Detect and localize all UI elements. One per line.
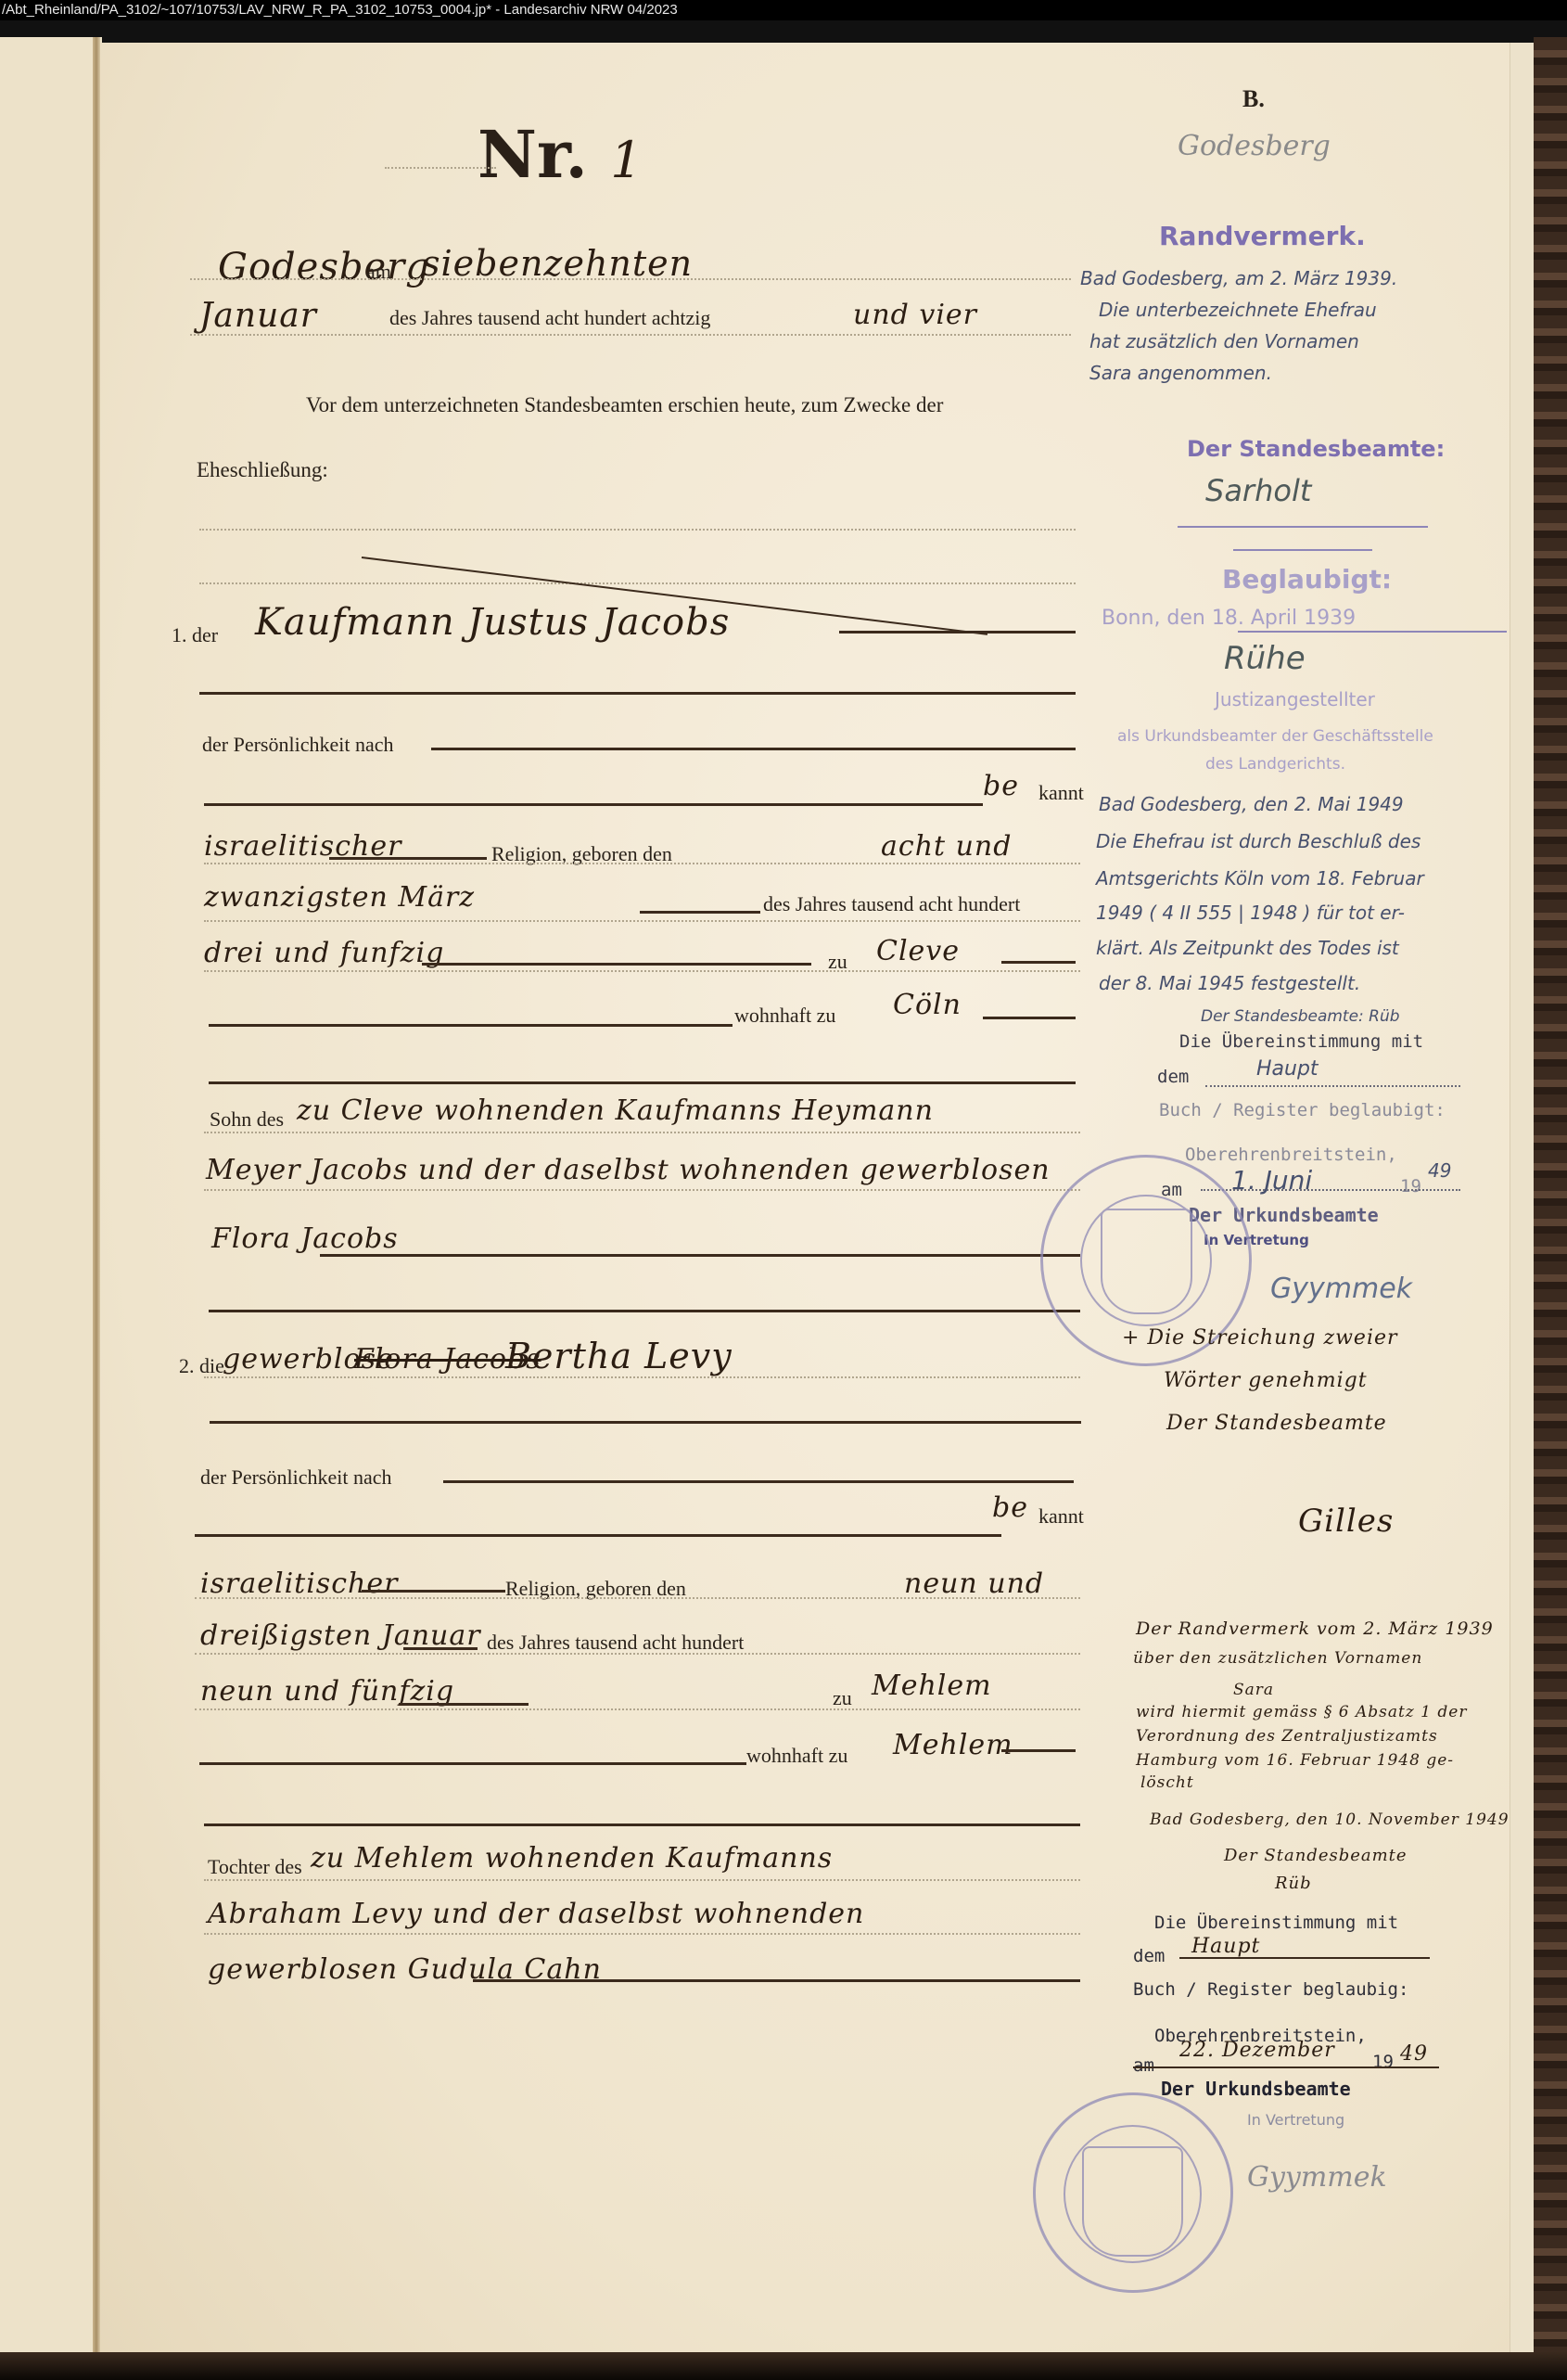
bride-resident-label: wohnhaft zu <box>746 1744 847 1768</box>
conformity-2-dem-label: dem <box>1133 1946 1165 1966</box>
fill-rule <box>199 1762 746 1765</box>
note-1949-may-line-6: der 8. Mai 1945 festgestellt. <box>1099 972 1360 994</box>
dotted-line <box>190 334 1071 336</box>
official-seal <box>1033 2092 1233 2293</box>
note-1949-nov-line-2: über den zusätzlichen Vornamen <box>1133 1649 1422 1668</box>
conformity-1-signature: Gyymmek <box>1270 1273 1412 1305</box>
correction-signature: Gilles <box>1298 1503 1394 1540</box>
groom-identity-label: der Persönlichkeit nach <box>202 733 394 757</box>
bride-born-at: Mehlem <box>872 1670 992 1702</box>
conformity-1-dem-value: Haupt <box>1256 1057 1319 1081</box>
bride-identity-label: der Persönlichkeit nach <box>200 1465 392 1490</box>
bride-parents-label: Tochter des <box>208 1855 302 1879</box>
fill-rule <box>209 1024 733 1027</box>
groom-birth-year: drei und funfzig <box>204 937 444 969</box>
fill-rule <box>839 631 1076 633</box>
bride-parents-1: zu Mehlem wohnenden Kaufmanns <box>311 1842 833 1875</box>
note-1949-nov-line-10: Rüb <box>1275 1874 1312 1893</box>
note-1939-line-3: hat zusätzlich den Vornamen <box>1089 330 1359 352</box>
note-1949-nov-line-1: Der Randvermerk vom 2. März 1939 <box>1136 1619 1494 1639</box>
groom-parents-2: Meyer Jacobs und der daselbst wohnenden … <box>206 1154 1051 1186</box>
dotted-line <box>204 1189 1080 1191</box>
certified-signature: Rühe <box>1224 640 1306 677</box>
fill-rule <box>1179 1957 1430 1959</box>
dotted-line <box>199 582 1076 584</box>
conformity-2-title: Der Urkundsbeamte <box>1161 2078 1351 2100</box>
fill-rule <box>199 692 1076 695</box>
dotted-line <box>195 1597 1080 1599</box>
note-1949-may-line-4: 1949 ( 4 II 555 | 1948 ) für tot er- <box>1096 902 1405 924</box>
dotted-line <box>204 863 1080 864</box>
bride-known-label: kannt <box>1038 1504 1084 1529</box>
registrar-signature: Sarholt <box>1205 473 1311 508</box>
conformity-1-date: 1. Juni <box>1231 1165 1312 1196</box>
page-stack-edge <box>1510 43 1535 2352</box>
note-1949-may-line-2: Die Ehefrau ist durch Beschluß des <box>1096 830 1420 852</box>
conformity-1-year-suffix: 49 <box>1428 1159 1451 1182</box>
groom-year-label: des Jahres tausend acht hundert <box>763 892 1020 916</box>
fill-rule <box>209 1081 1076 1084</box>
dotted-line <box>204 970 1080 972</box>
intro-month: Januar <box>199 297 317 335</box>
note-1949-nov-line-6: Hamburg vom 16. Februar 1948 ge- <box>1136 1751 1454 1770</box>
groom-resident: Cöln <box>893 989 962 1021</box>
conformity-2-year-prefix: 19 <box>1372 2052 1394 2072</box>
correction-note-line-2: Wörter genehmigt <box>1164 1369 1368 1392</box>
conformity-2-am-label: am <box>1133 2055 1154 2076</box>
bride-name: Bertha Levy <box>505 1336 733 1376</box>
dotted-line <box>199 529 1076 531</box>
dotted-line <box>1205 1085 1460 1087</box>
note-1949-may-line-1: Bad Godesberg, den 2. Mai 1949 <box>1099 793 1404 815</box>
dotted-line <box>190 278 1071 280</box>
dotted-line <box>204 920 1080 922</box>
randvermerk-stamp: Randvermerk. <box>1159 221 1366 251</box>
correction-note-line-3: Der Standesbeamte <box>1166 1412 1387 1435</box>
record-number: 1 <box>610 131 643 189</box>
fill-rule <box>362 1590 505 1593</box>
book-gutter <box>93 37 100 2356</box>
fill-rule <box>1001 961 1076 964</box>
groom-parents-3: Flora Jacobs <box>211 1222 399 1255</box>
note-1939-line-2: Die unterbezeichnete Ehefrau <box>1099 299 1377 321</box>
fill-rule <box>320 1254 1080 1257</box>
note-1939-line-4: Sara angenommen. <box>1089 362 1272 384</box>
bride-parents-2: Abraham Levy und der daselbst wohnenden <box>208 1898 864 1930</box>
note-1949-nov-line-4: wird hiermit gemäss § 6 Absatz 1 der <box>1136 1703 1467 1721</box>
dotted-line <box>195 1708 1080 1710</box>
fill-rule <box>195 1534 1001 1537</box>
preamble-text-2: Eheschließung: <box>197 458 328 482</box>
register-page <box>100 43 1528 2352</box>
groom-parents-1: zu Cleve wohnenden Kaufmanns Heymann <box>297 1094 934 1127</box>
section-letter: B. <box>1242 85 1265 113</box>
fill-rule <box>210 1421 1081 1424</box>
conformity-2-year-suffix: 49 <box>1400 2042 1428 2066</box>
intro-year-hand: und vier <box>853 299 977 331</box>
certified-office-2: des Landgerichts. <box>1205 755 1345 774</box>
dotted-line <box>1201 1189 1460 1191</box>
fill-rule <box>422 963 811 966</box>
certified-stamp: Beglaubigt: <box>1222 564 1392 595</box>
fill-rule <box>443 1480 1074 1483</box>
bride-label: 2. die <box>179 1354 224 1378</box>
note-1949-nov-line-3: Sara <box>1233 1681 1274 1699</box>
fill-rule <box>1133 2067 1439 2068</box>
note-1949-may-signature: Der Standesbeamte: Rüb <box>1201 1007 1400 1026</box>
fill-rule <box>640 911 760 914</box>
note-1949-may-line-3: Amtsgerichts Köln vom 18. Februar <box>1096 867 1424 889</box>
bride-religion: israelitischer <box>200 1567 398 1600</box>
groom-label: 1. der <box>172 623 218 647</box>
note-1949-nov-line-9: Der Standesbeamte <box>1224 1846 1408 1865</box>
certified-place-date: Bonn, den 18. April 1939 <box>1102 607 1356 630</box>
preamble-text: Vor dem unterzeichneten Standesbeamten e… <box>306 393 943 417</box>
groom-known-hand: be <box>983 770 1019 802</box>
certified-office-1: als Urkundsbeamter der Geschäftsstelle <box>1117 727 1433 746</box>
bride-born-at-label: zu <box>833 1686 852 1710</box>
note-1949-nov-line-7: löscht <box>1140 1773 1194 1792</box>
groom-resident-label: wohnhaft zu <box>734 1004 835 1028</box>
fill-rule <box>204 1823 1080 1826</box>
intro-am-label: am <box>366 260 391 284</box>
note-1949-nov-line-5: Verordnung des Zentraljustizamts <box>1136 1727 1438 1746</box>
pencil-place-note: Godesberg <box>1178 130 1331 162</box>
conformity-1-year-prefix: 19 <box>1400 1176 1421 1196</box>
note-1949-may-line-5: klärt. Als Zeitpunkt des Todes ist <box>1096 937 1399 959</box>
conformity-2-line-1: Die Übereinstimmung mit <box>1154 1913 1398 1933</box>
note-1949-nov-line-8: Bad Godesberg, den 10. November 1949 <box>1150 1811 1510 1829</box>
groom-parents-label: Sohn des <box>210 1107 284 1132</box>
fill-rule <box>209 1310 1080 1312</box>
record-number-label: Nr. <box>478 116 588 193</box>
fill-rule <box>403 1647 478 1650</box>
fill-rule <box>329 857 487 860</box>
groom-name: Kaufmann Justus Jacobs <box>255 601 730 644</box>
groom-known-label: kannt <box>1038 781 1084 805</box>
bride-known-hand: be <box>992 1491 1028 1524</box>
conformity-1-dem-label: dem <box>1157 1067 1189 1087</box>
record-number-title: Nr. 1 <box>478 116 643 193</box>
fill-rule <box>473 1979 1080 1982</box>
book-cover-right <box>1534 37 1567 2380</box>
window-title: /Abt_Rheinland/PA_3102/~107/10753/LAV_NR… <box>2 2 678 18</box>
bride-resident: Mehlem <box>893 1729 1013 1761</box>
fill-rule <box>983 1017 1076 1019</box>
registrar-stamp: Der Standesbeamte: <box>1187 436 1445 462</box>
conformity-2-dem-value: Haupt <box>1191 1935 1260 1958</box>
fill-rule <box>1001 1749 1076 1752</box>
coat-of-arms-icon <box>1101 1209 1192 1314</box>
conformity-2-date: 22. Dezember <box>1179 2039 1335 2062</box>
conformity-2-line-3: Buch / Register beglaubig: <box>1133 1979 1408 2000</box>
bride-year-label: des Jahres tausend acht hundert <box>487 1631 744 1655</box>
conformity-1-line-3: Buch / Register beglaubigt: <box>1159 1100 1446 1120</box>
note-1939-line-1: Bad Godesberg, am 2. März 1939. <box>1080 267 1397 289</box>
groom-birth-day-1: acht und <box>881 830 1012 863</box>
coat-of-arms-icon <box>1082 2146 1183 2257</box>
conformity-1-line-1: Die Übereinstimmung mit <box>1179 1031 1423 1052</box>
conformity-2-deputy: In Vertretung <box>1247 2111 1344 2129</box>
fill-rule <box>431 748 1076 750</box>
intro-place: Godesberg <box>218 246 430 288</box>
fill-rule <box>204 803 983 806</box>
dotted-line <box>204 1132 1080 1133</box>
book-bottom-edge <box>0 2352 1567 2380</box>
groom-born-at: Cleve <box>876 935 960 967</box>
conformity-1-place: Oberehrenbreitstein, <box>1185 1145 1397 1165</box>
intro-year-printed: des Jahres tausend acht hundert achtzig <box>389 306 710 330</box>
groom-birth-day-2: zwanzigsten März <box>204 881 475 914</box>
correction-note-line-1: + Die Streichung zweier <box>1122 1326 1398 1350</box>
dotted-line <box>204 1933 1080 1935</box>
stamp-rule <box>1233 549 1372 551</box>
certified-title: Justizangestellter <box>1215 688 1375 710</box>
fill-rule <box>399 1703 529 1706</box>
dotted-line <box>204 1879 1080 1881</box>
dotted-line <box>385 167 496 169</box>
window-title-bar: /Abt_Rheinland/PA_3102/~107/10753/LAV_NR… <box>0 0 1567 20</box>
left-page-edge <box>0 37 102 2356</box>
dotted-line <box>204 1376 1080 1378</box>
stamp-rule <box>1178 526 1428 528</box>
stamp-rule <box>1238 631 1507 633</box>
bride-birth-day-1: neun und <box>904 1567 1044 1600</box>
dotted-line <box>195 1653 1080 1655</box>
conformity-2-signature: Gyymmek <box>1247 2161 1387 2194</box>
